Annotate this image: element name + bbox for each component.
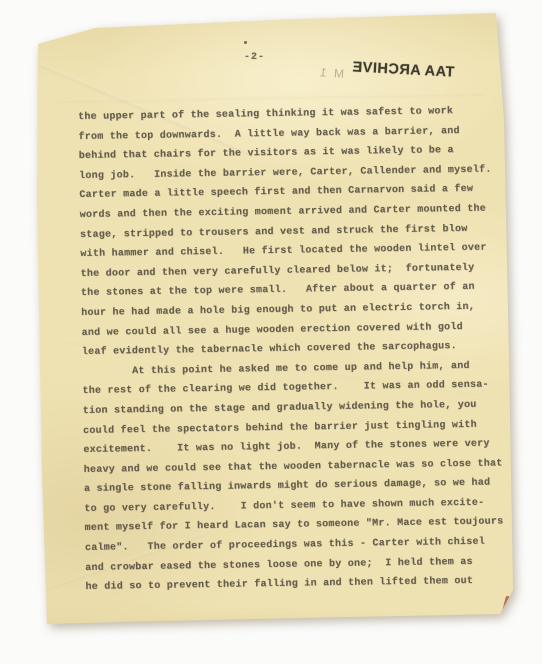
ink-speck [244,41,247,44]
paper-shadow: -2- M 1 TAA ARCHIVE the upper part of th… [0,0,542,664]
scanned-document-photo: -2- M 1 TAA ARCHIVE the upper part of th… [0,0,542,664]
paper-sheet: -2- M 1 TAA ARCHIVE the upper part of th… [0,0,542,664]
typewritten-text: the upper part of the sealing thinking i… [78,101,526,598]
page-number: -2- [244,52,265,63]
pencil-note: M 1 [318,65,345,81]
